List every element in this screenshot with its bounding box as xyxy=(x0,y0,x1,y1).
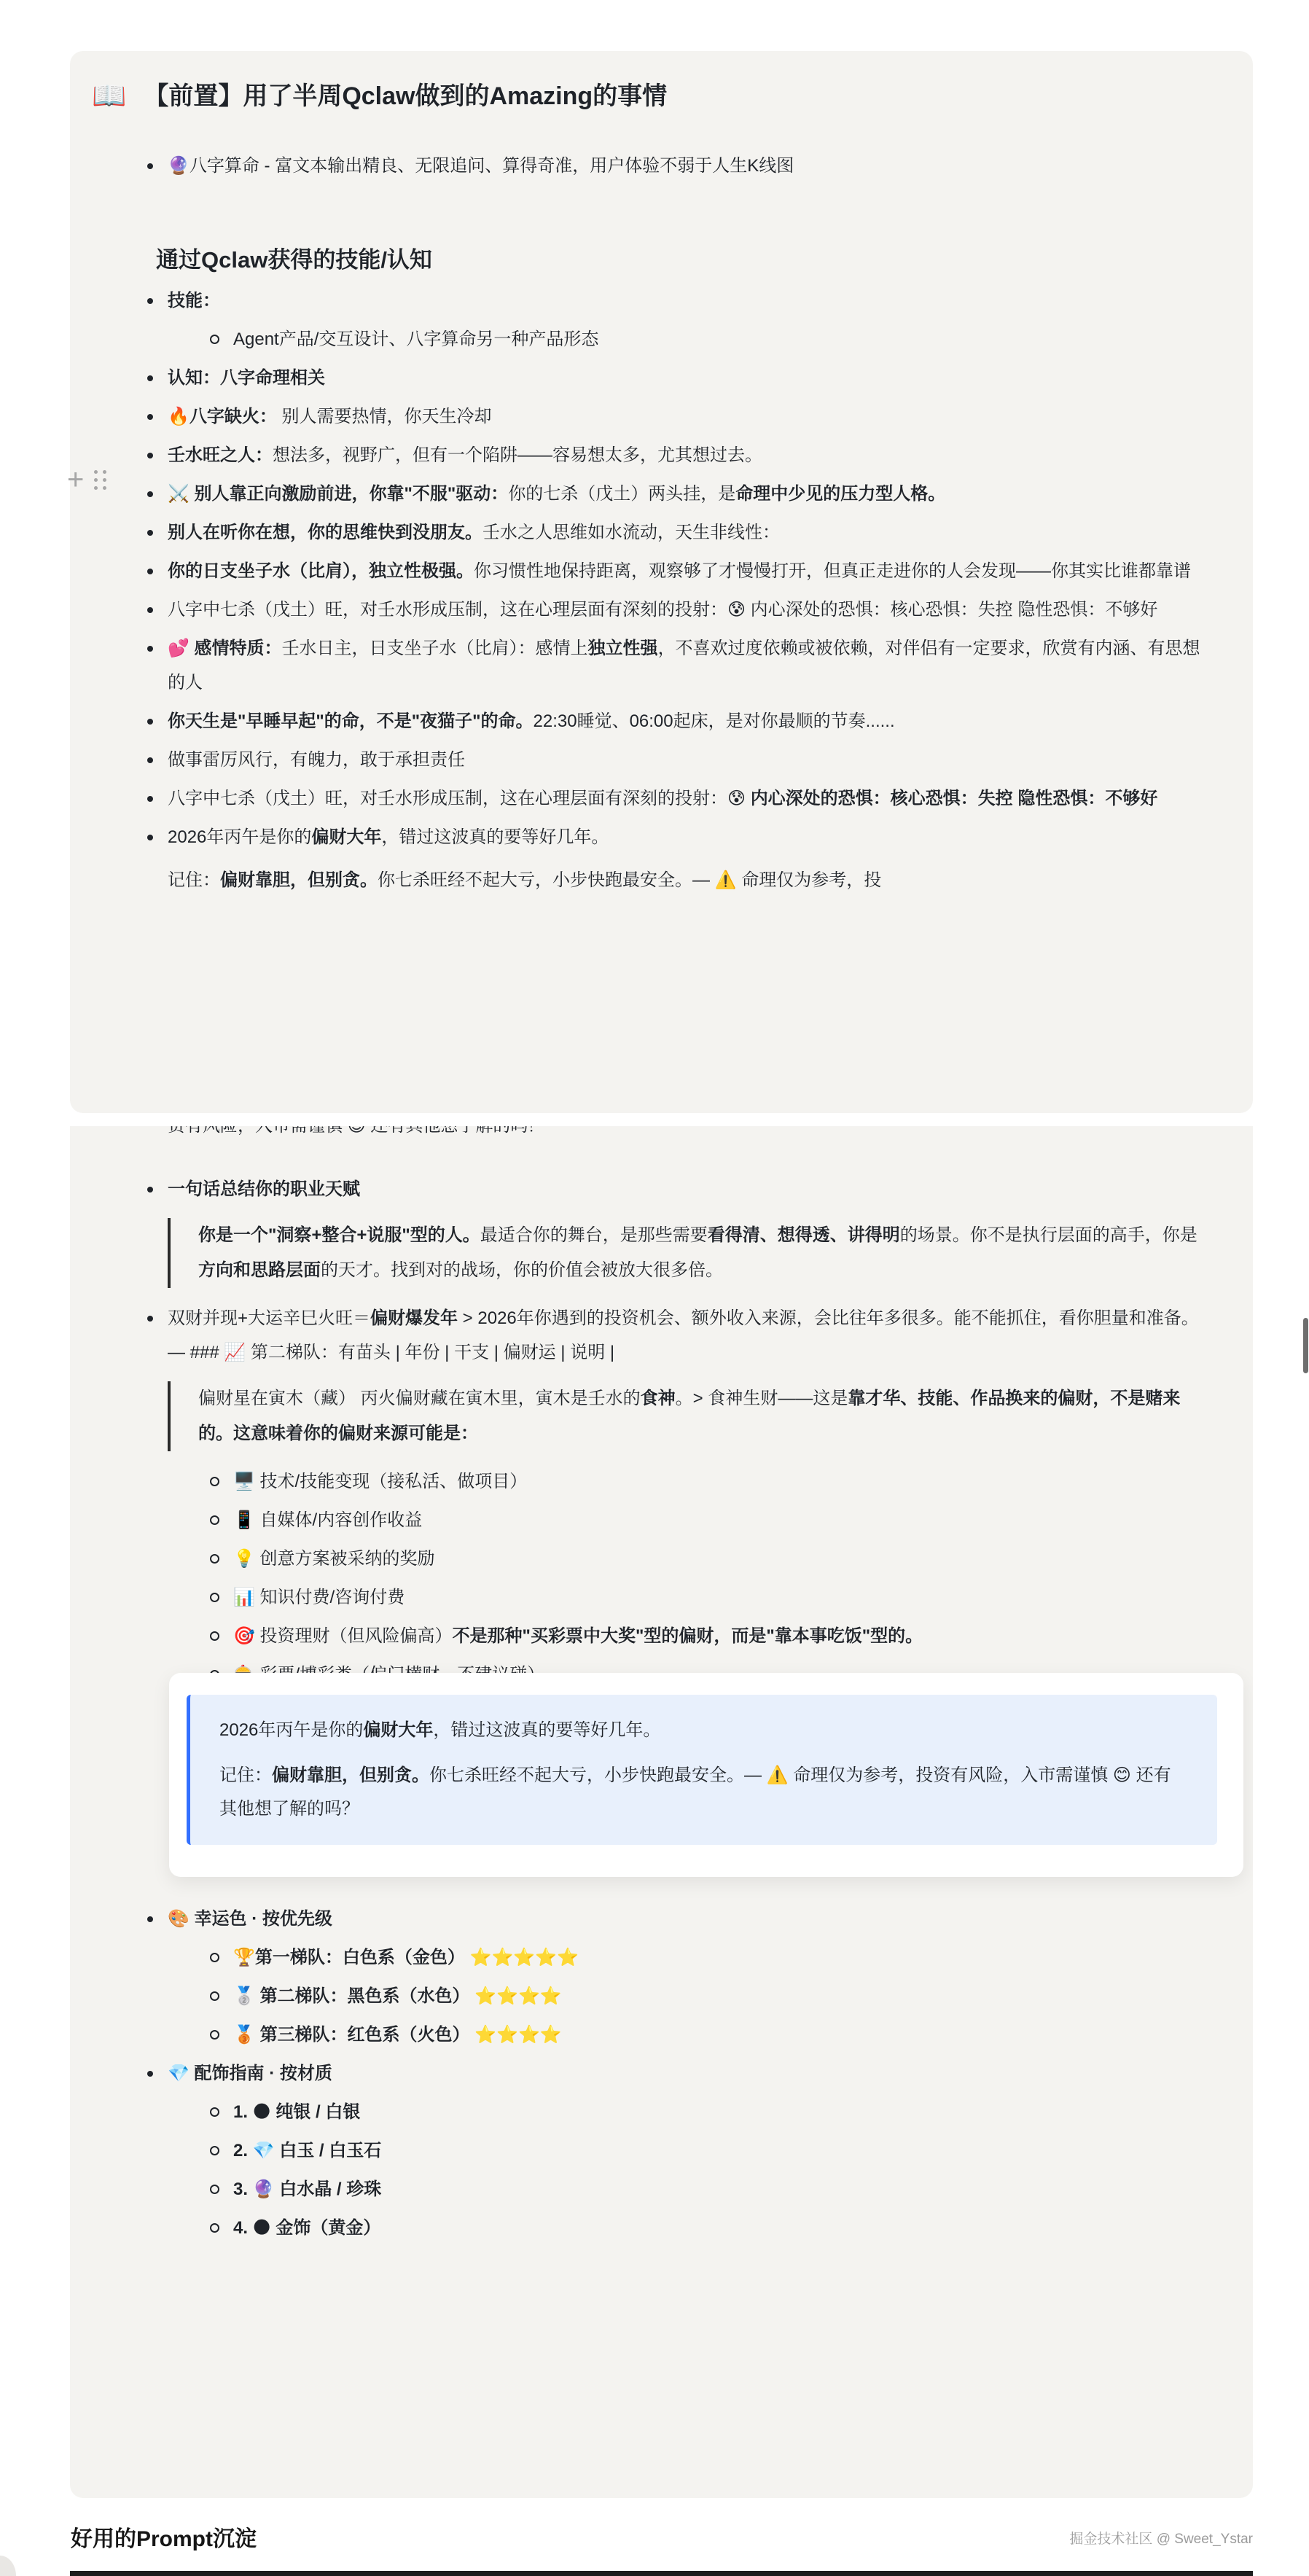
sub-bullet-item: 🖥️ 技术/技能变现（接私活、做项目） xyxy=(70,1464,1253,1499)
sub-bullet-item: 2. 💎 白玉 / 白玉石 xyxy=(70,2134,1253,2168)
bullet-item: 技能： xyxy=(70,284,1253,318)
next-section-heading: 好用的Prompt沉淀 xyxy=(71,2524,257,2556)
bullet-ring-icon xyxy=(210,2146,219,2155)
sub-bullet-item: 1. 🌑 纯银 / 白银 xyxy=(70,2095,1253,2129)
bullet-item: 做事雷厉风行，有魄力，敢于承担责任 xyxy=(70,743,1253,777)
watermark-text: 掘金技术社区 @ Sweet_Ystar xyxy=(1069,2528,1253,2548)
bullet-dot-icon xyxy=(147,1187,153,1193)
bullet-item: 别人在听你在想，你的思维快到没朋友。壬水之人思维如水流动，天生非线性： xyxy=(70,515,1253,550)
clipped-line-top: 资有风险，入市需谨慎 😊 还有其他想了解的吗？ xyxy=(70,1126,1253,1143)
bullet-item: 🎨 幸运色 · 按优先级 xyxy=(70,1902,1253,1936)
bullet-dot-icon xyxy=(147,375,153,381)
document-body-bottom: 资有风险，入市需谨慎 😊 还有其他想了解的吗？一句话总结你的职业天赋你是一个"洞… xyxy=(70,1126,1253,2245)
bullet-dot-icon xyxy=(147,835,153,840)
bullet-item: 壬水旺之人：想法多，视野广，但有一个陷阱——容易想太多，尤其想过去。 xyxy=(70,438,1253,472)
bullet-item: 2026年丙午是你的偏财大年，错过这波真的要等好几年。 xyxy=(70,820,1253,854)
bullet-ring-icon xyxy=(210,2223,219,2233)
sub-bullet-item: 📱 自媒体/内容创作收益 xyxy=(70,1503,1253,1537)
book-icon: 📖 xyxy=(92,77,126,115)
sub-bullet-item: 🥉 第三梯队：红色系（火色） ⭐⭐⭐⭐ xyxy=(70,2018,1253,2052)
bullet-item: 你的日支坐子水（比肩），独立性极强。你习惯性地保持距离，观察够了才慢慢打开，但真… xyxy=(70,554,1253,588)
bullet-dot-icon xyxy=(147,163,153,169)
sub-bullet-item: 3. 🔮 白水晶 / 珍珠 xyxy=(70,2172,1253,2206)
bullet-item: ⚔️ 别人靠正向激励前进，你靠"不服"驱动：你的七杀（戊土）两头挂，是命理中少见… xyxy=(70,477,1253,511)
bullet-dot-icon xyxy=(147,796,153,802)
scrollbar-thumb[interactable] xyxy=(1303,1318,1308,1373)
bullet-item: 八字中七杀（戊土）旺，对壬水形成压制，这在心理层面有深刻的投射：😰 内心深处的恐… xyxy=(70,781,1253,816)
bullet-item: 八字中七杀（戊土）旺，对壬水形成压制，这在心理层面有深刻的投射：😰 内心深处的恐… xyxy=(70,593,1253,627)
bullet-dot-icon xyxy=(147,414,153,420)
bullet-item: 🔮八字算命 - 富文本输出精良、无限追问、算得奇准，用户体验不弱于人生K线图 xyxy=(70,149,1253,183)
floating-callout-card: 2026年丙午是你的偏财大年，错过这波真的要等好几年。记住：偏财靠胆，但别贪。你… xyxy=(169,1673,1243,1877)
bullet-dot-icon xyxy=(147,1916,153,1922)
bullet-dot-icon xyxy=(147,2071,153,2077)
sub-bullet-item: 💡 创意方案被采纳的奖励 xyxy=(70,1542,1253,1576)
sub-bullet-item: 🎯 投资理财（但风险偏高）不是那种"买彩票中大奖"型的偏财，而是"靠本事吃饭"型… xyxy=(70,1619,1253,1653)
sub-bullet-item: Agent产品/交互设计、八字算命另一种产品形态 xyxy=(70,322,1253,356)
page-title: 📖 【前置】用了半周Qclaw做到的Amazing的事情 xyxy=(70,77,1253,115)
drag-handle-icon[interactable] xyxy=(94,470,106,490)
bullet-item: 你天生是"早睡早起"的命，不是"夜猫子"的命。22:30睡觉、06:00起床，是… xyxy=(70,704,1253,738)
bullet-dot-icon xyxy=(147,607,153,613)
bullet-item: 认知：八字命理相关 xyxy=(70,361,1253,395)
paragraph: 记住：偏财靠胆，但别贪。你七杀旺经不起大亏，小步快跑最安全。— ⚠️ 命理仅为参… xyxy=(70,863,1253,897)
bullet-ring-icon xyxy=(210,1593,219,1602)
add-block-button[interactable]: + xyxy=(67,465,84,494)
bullet-ring-icon xyxy=(210,1515,219,1525)
bullet-dot-icon xyxy=(147,491,153,497)
bullet-dot-icon xyxy=(147,646,153,652)
quote-block: 偏财星在寅木（藏） 丙火偏财藏在寅木里，寅木是壬水的食神。> 食神生财——这是靠… xyxy=(168,1381,1212,1451)
bullet-dot-icon xyxy=(147,1316,153,1322)
bullet-ring-icon xyxy=(210,1554,219,1564)
sub-bullet-item: 4. 🌑 金饰（黄金） xyxy=(70,2211,1253,2245)
callout-line: 记住：偏财靠胆，但别贪。你七杀旺经不起大亏，小步快跑最安全。— ⚠️ 命理仅为参… xyxy=(219,1759,1188,1826)
sub-bullet-item: 🏆第一梯队：白色系（金色） ⭐⭐⭐⭐⭐ xyxy=(70,1940,1253,1975)
bullet-ring-icon xyxy=(210,2185,219,2194)
document-body-top: 🔮八字算命 - 富文本输出精良、无限追问、算得奇准，用户体验不弱于人生K线图通过… xyxy=(70,149,1253,897)
bullet-item: 一句话总结你的职业天赋 xyxy=(70,1172,1253,1206)
bullet-dot-icon xyxy=(147,453,153,458)
bullet-item: 💎 配饰指南 · 按材质 xyxy=(70,2056,1253,2091)
document-card-bottom: 资有风险，入市需谨慎 😊 还有其他想了解的吗？一句话总结你的职业天赋你是一个"洞… xyxy=(70,1126,1253,2498)
bullet-item: 双财并现+大运辛巳火旺＝偏财爆发年 > 2026年你遇到的投资机会、额外收入来源… xyxy=(70,1301,1253,1370)
bullet-ring-icon xyxy=(210,335,219,344)
bullet-dot-icon xyxy=(147,569,153,574)
bullet-item: 💕 感情特质：壬水日主，日支坐子水（比肩）：感情上独立性强，不喜欢过度依赖或被依… xyxy=(70,631,1253,700)
bullet-dot-icon xyxy=(147,757,153,763)
callout-line: 2026年丙午是你的偏财大年，错过这波真的要等好几年。 xyxy=(219,1714,1188,1747)
document-card-top: 📖 【前置】用了半周Qclaw做到的Amazing的事情 🔮八字算命 - 富文本… xyxy=(70,51,1253,1113)
bullet-ring-icon xyxy=(210,2030,219,2040)
next-block-top-edge xyxy=(70,2571,1253,2576)
bullet-ring-icon xyxy=(210,2107,219,2117)
bullet-dot-icon xyxy=(147,298,153,304)
bullet-dot-icon xyxy=(147,530,153,536)
bullet-ring-icon xyxy=(210,1953,219,1962)
bullet-ring-icon xyxy=(210,1991,219,2001)
section-heading: 通过Qclaw获得的技能/认知 xyxy=(70,244,1253,276)
quote-block: 你是一个"洞察+整合+说服"型的人。最适合你的舞台，是那些需要看得清、想得透、讲… xyxy=(168,1218,1212,1288)
sub-bullet-item: 📊 知识付费/咨询付费 xyxy=(70,1580,1253,1615)
corner-arc-decoration xyxy=(0,2556,16,2576)
bullet-ring-icon xyxy=(210,1477,219,1486)
page-title-text: 【前置】用了半周Qclaw做到的Amazing的事情 xyxy=(144,77,667,115)
sub-bullet-item: 🥈 第二梯队：黑色系（水色） ⭐⭐⭐⭐ xyxy=(70,1979,1253,2013)
block-handles: + xyxy=(67,465,106,494)
bullet-dot-icon xyxy=(147,719,153,725)
callout-quote: 2026年丙午是你的偏财大年，错过这波真的要等好几年。记住：偏财靠胆，但别贪。你… xyxy=(187,1695,1217,1845)
bullet-item: 🔥八字缺火： 别人需要热情，你天生冷却 xyxy=(70,399,1253,434)
bullet-ring-icon xyxy=(210,1631,219,1641)
